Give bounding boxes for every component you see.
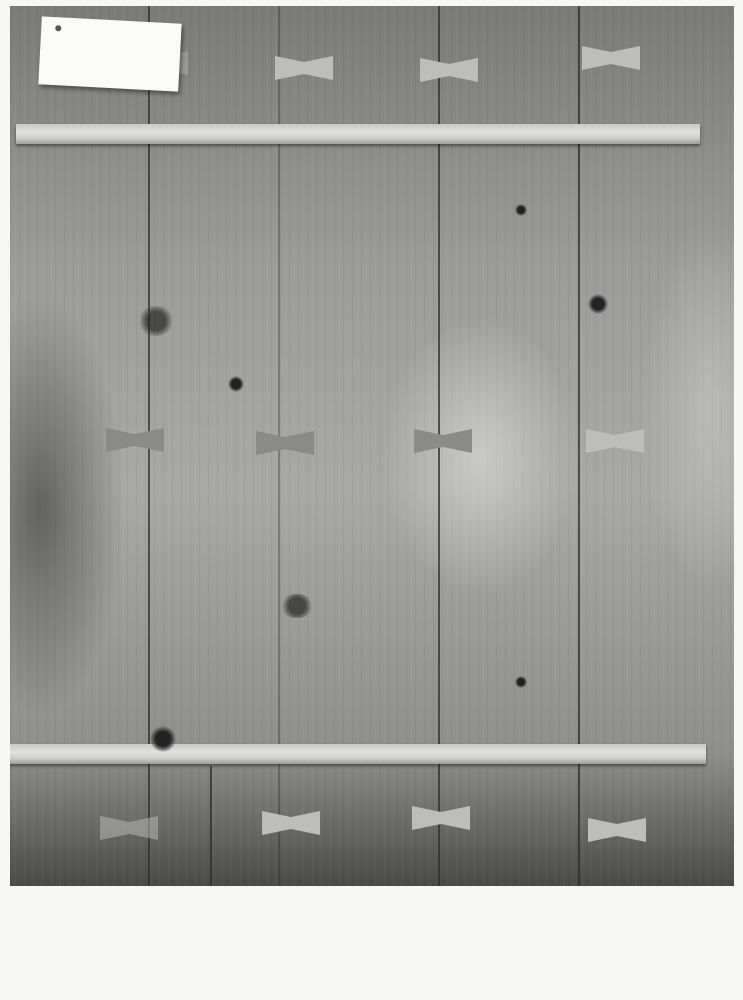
wood-knot — [515, 676, 527, 688]
butterfly-key — [588, 818, 646, 842]
butterfly-key — [414, 429, 472, 453]
butterfly-key — [582, 46, 640, 70]
butterfly-key — [106, 428, 164, 452]
wood-knot — [515, 204, 527, 216]
bottom-batten — [10, 744, 706, 764]
panel-photograph — [10, 6, 734, 886]
wood-knot — [138, 306, 174, 336]
wood-knot — [280, 594, 314, 618]
butterfly-key — [262, 811, 320, 835]
tag-hole — [55, 25, 61, 31]
butterfly-key — [100, 816, 158, 840]
wood-knot — [588, 294, 608, 314]
blank-tag-label — [38, 16, 181, 91]
butterfly-key — [586, 429, 644, 453]
wood-knot — [150, 726, 176, 752]
wood-knot — [228, 376, 244, 392]
butterfly-key — [420, 58, 478, 82]
board-seam — [210, 766, 212, 886]
butterfly-key — [275, 56, 333, 80]
butterfly-key — [256, 431, 314, 455]
top-batten — [16, 124, 700, 144]
butterfly-key — [412, 806, 470, 830]
